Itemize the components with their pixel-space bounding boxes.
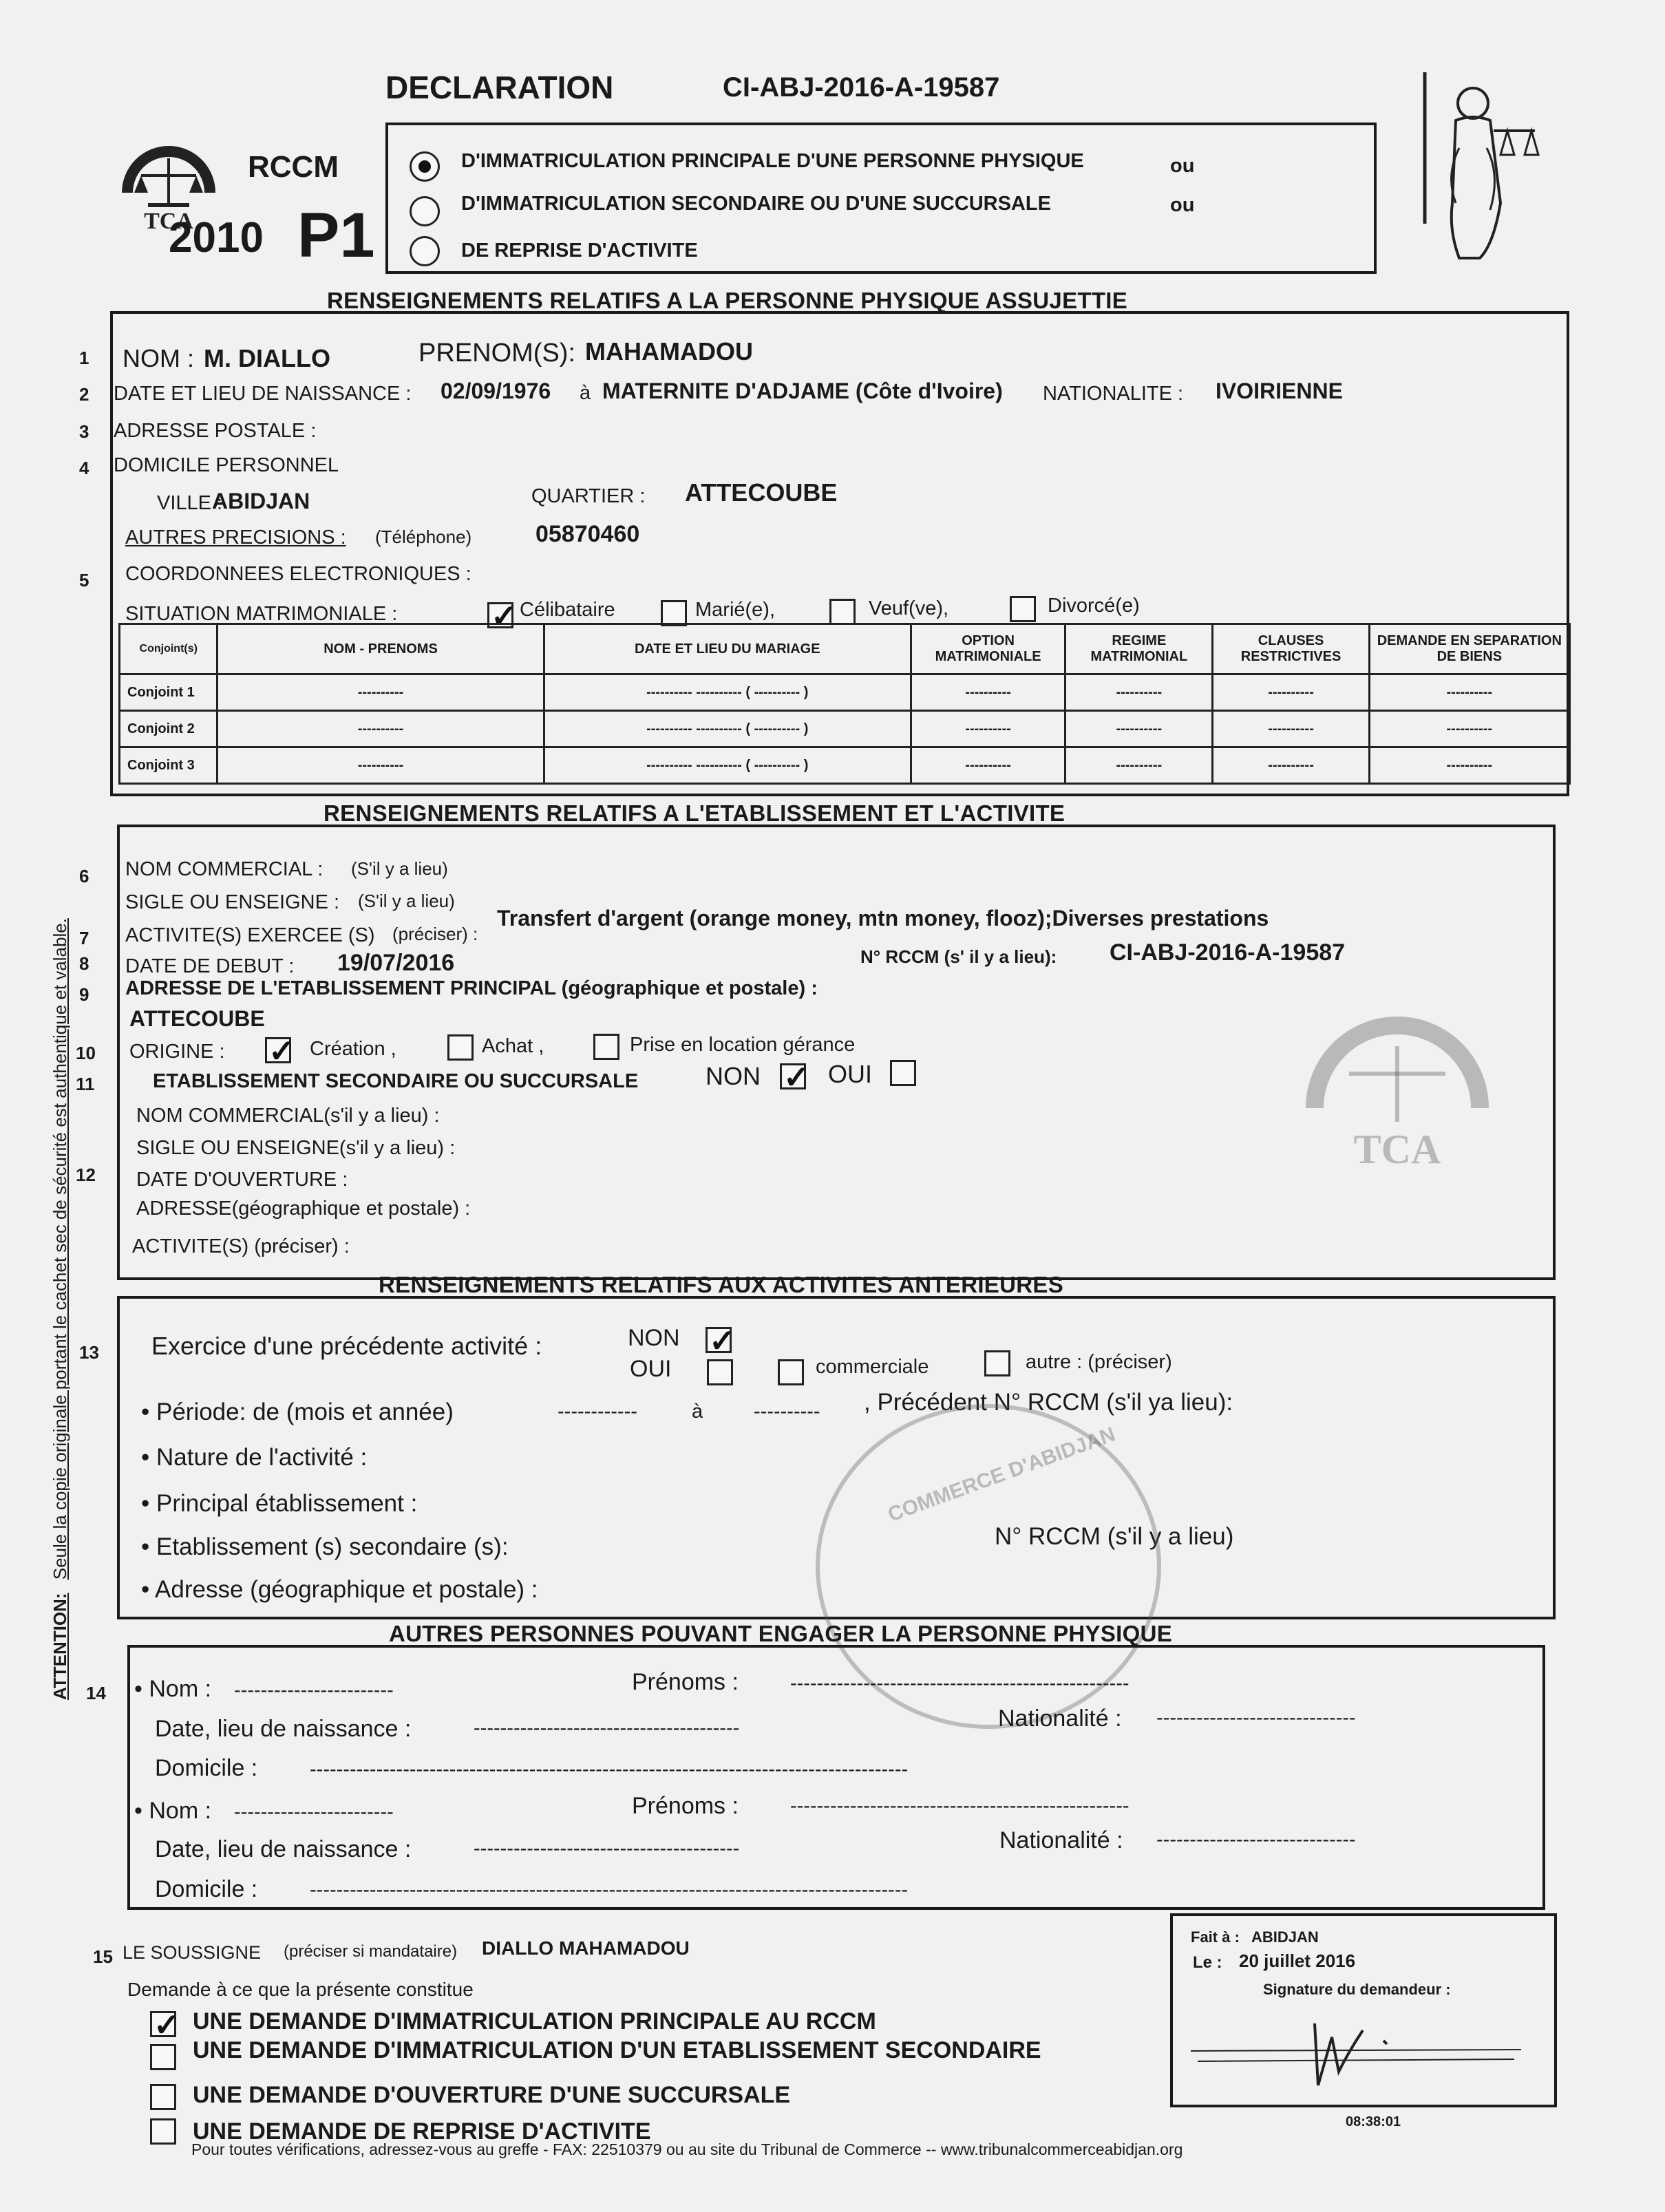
section-personne-physique-title: RENSEIGNEMENTS RELATIFS A LA PERSONNE PH… (327, 288, 1127, 314)
precedente-non-checkbox[interactable] (706, 1327, 732, 1353)
demande-immatriculation-principale-label: UNE DEMANDE D'IMMATRICULATION PRINCIPALE… (193, 2008, 876, 2035)
naissance-a: à (580, 382, 591, 405)
exercice-precedente-label: Exercice d'une précédente activité : (151, 1332, 542, 1361)
justice-statue-icon (1390, 65, 1549, 265)
person1-domicile-value: ----------------------------------------… (310, 1758, 908, 1781)
fait-a-value: ABIDJAN (1251, 1928, 1319, 1946)
activite-hint: (préciser) : (392, 924, 478, 945)
person1-nom-value: ------------------------ (234, 1679, 394, 1702)
timestamp: 08:38:01 (1346, 2114, 1401, 2130)
header-nom-prenoms: NOM - PRENOMS (218, 624, 544, 674)
row-number: 15 (93, 1946, 113, 1968)
situation-divorce-checkbox[interactable] (1010, 596, 1036, 622)
row-number: 12 (76, 1165, 96, 1186)
conjoint-regime: ---------- (1065, 747, 1213, 784)
option-immatriculation-principale-label: D'IMMATRICULATION PRINCIPALE D'UNE PERSO… (461, 150, 1084, 173)
row-number: 6 (79, 866, 89, 887)
section-etablissement-title: RENSEIGNEMENTS RELATIFS A L'ETABLISSEMEN… (324, 800, 1065, 827)
table-row: Conjoint 2 ---------- ---------- -------… (120, 711, 1570, 747)
conjoint-nom: ---------- (218, 747, 544, 784)
telephone-label: (Téléphone) (375, 527, 471, 548)
conjoint-regime: ---------- (1065, 711, 1213, 747)
demande-immatriculation-secondaire-label: UNE DEMANDE D'IMMATRICULATION D'UN ETABL… (193, 2037, 1041, 2064)
secondaire-oui-checkbox[interactable] (890, 1060, 916, 1086)
ville-value: ABIDJAN (212, 489, 310, 514)
rccm-label: N° RCCM (s' il y a lieu): (860, 946, 1057, 968)
conjoint-option: ---------- (911, 711, 1065, 747)
situation-celibataire-label: Célibataire (520, 599, 615, 621)
sec-date-ouverture-label: DATE D'OUVERTURE : (136, 1169, 348, 1191)
form-year: 2010 (169, 213, 264, 262)
header-clauses-restrictives: CLAUSES RESTRICTIVES (1213, 624, 1369, 674)
commerciale-label: commerciale (816, 1356, 929, 1379)
person2-naissance-value: ---------------------------------------- (474, 1838, 739, 1860)
adresse-postale-label: ADRESSE POSTALE : (114, 420, 316, 443)
person1-nationalite-label: Nationalité : (998, 1705, 1122, 1732)
stamp-inner-text: COMMERCE D'ABIDJAN (885, 1423, 1118, 1527)
fait-a-label: Fait à : (1191, 1928, 1240, 1946)
soussigne-value: DIALLO MAHAMADOU (482, 1937, 690, 1959)
precedente-non-label: NON (628, 1325, 680, 1352)
svg-text:TCA: TCA (1354, 1127, 1441, 1172)
sec-activite-label: ACTIVITE(S) (préciser) : (132, 1235, 350, 1258)
activite-value: Transfert d'argent (orange money, mtn mo… (497, 906, 1269, 931)
origine-location-gerance-checkbox[interactable] (593, 1034, 619, 1060)
option-immatriculation-principale-radio[interactable] (410, 151, 440, 182)
situation-veuf-label: Veuf(ve), (869, 597, 948, 620)
etablissement-secondaire-label: • Etablissement (s) secondaire (s): (141, 1533, 509, 1561)
conjoint-date: ---------- ---------- ( ---------- ) (544, 711, 911, 747)
nom-commercial-label: NOM COMMERCIAL : (125, 858, 323, 881)
nature-activite-label: • Nature de l'activité : (141, 1444, 367, 1471)
demande-immatriculation-secondaire-checkbox[interactable] (150, 2044, 176, 2070)
le-date-value: 20 juillet 2016 (1239, 1950, 1355, 1972)
section-autres-personnes-title: AUTRES PERSONNES POUVANT ENGAGER LA PERS… (389, 1621, 1172, 1647)
person2-domicile-label: Domicile : (155, 1876, 257, 1903)
coordonnees-label: COORDONNEES ELECTRONIQUES : (125, 563, 471, 586)
row-number: 8 (79, 953, 89, 975)
row-number: 2 (79, 384, 89, 405)
form-id: P1 (297, 200, 375, 272)
situation-marie-label: Marié(e), (695, 599, 775, 621)
nationalite-label: NATIONALITE : (1043, 383, 1183, 405)
domicile-label: DOMICILE PERSONNEL (114, 454, 339, 477)
rccm-value: CI-ABJ-2016-A-19587 (1110, 939, 1345, 966)
option-immatriculation-secondaire-label: D'IMMATRICULATION SECONDAIRE OU D'UNE SU… (461, 193, 1051, 215)
precedente-oui-label: OUI (630, 1356, 671, 1383)
person1-nom-label: • Nom : (134, 1676, 211, 1703)
footer-verification-text: Pour toutes vérifications, adressez-vous… (191, 2140, 1183, 2159)
signature-scribble-icon (1184, 2010, 1528, 2092)
origine-creation-label: Création , (310, 1038, 396, 1061)
person2-prenoms-value: ----------------------------------------… (790, 1795, 1130, 1818)
precedente-oui-checkbox[interactable] (707, 1359, 733, 1385)
sec-adresse-label: ADRESSE(géographique et postale) : (136, 1198, 470, 1220)
form-code: RCCM (248, 150, 339, 184)
naissance-lieu: MATERNITE D'ADJAME (Côte d'Ivoire) (602, 379, 1003, 404)
row-number: 13 (79, 1342, 99, 1363)
sigle-hint: (S'il y a lieu) (358, 891, 455, 912)
conjoint-separation: ---------- (1369, 674, 1569, 711)
conjoint-label: Conjoint 3 (120, 747, 218, 784)
declaration-title: DECLARATION (385, 69, 613, 106)
precedent-rccm-label: , Précédent N° RCCM (s'il ya lieu): (864, 1389, 1233, 1416)
person1-prenoms-value: ----------------------------------------… (790, 1672, 1130, 1695)
conjoint-separation: ---------- (1369, 747, 1569, 784)
origine-label: ORIGINE : (129, 1041, 225, 1063)
person1-domicile-label: Domicile : (155, 1755, 257, 1782)
row-number: 10 (76, 1043, 96, 1064)
adresse-etablissement-value: ATTECOUBE (129, 1006, 265, 1032)
origine-creation-checkbox[interactable] (265, 1037, 291, 1063)
situation-veuf-checkbox[interactable] (829, 599, 856, 625)
person2-nationalite-value: ------------------------------ (1156, 1829, 1356, 1851)
row-number: 4 (79, 458, 89, 479)
conjoint-option: ---------- (911, 674, 1065, 711)
header-separation-biens: DEMANDE EN SEPARATION DE BIENS (1369, 624, 1569, 674)
row-number: 7 (79, 928, 89, 949)
person2-nom-label: • Nom : (134, 1798, 211, 1825)
demande-reprise-activite-checkbox[interactable] (150, 2118, 176, 2145)
telephone-value: 05870460 (535, 521, 639, 548)
table-row: Conjoint 1 ---------- ---------- -------… (120, 674, 1570, 711)
person2-prenoms-label: Prénoms : (632, 1793, 739, 1820)
person1-prenoms-label: Prénoms : (632, 1669, 739, 1696)
sec-sigle-label: SIGLE OU ENSEIGNE(s'il y a lieu) : (136, 1137, 455, 1160)
row-number: 9 (79, 984, 89, 1006)
le-label: Le : (1193, 1953, 1222, 1972)
conjoint-label: Conjoint 2 (120, 711, 218, 747)
naissance-label: DATE ET LIEU DE NAISSANCE : (114, 383, 411, 405)
date-debut-value: 19/07/2016 (337, 950, 454, 977)
demande-immatriculation-principale-checkbox[interactable] (150, 2011, 176, 2037)
periode-a: à (692, 1401, 703, 1423)
person2-domicile-value: ----------------------------------------… (310, 1879, 908, 1902)
declaration-reference: CI-ABJ-2016-A-19587 (723, 72, 999, 103)
option-suffix: ou (1170, 194, 1194, 217)
row-number: 14 (86, 1683, 106, 1704)
situation-divorce-label: Divorcé(e) (1048, 595, 1140, 617)
row-number: 5 (79, 570, 89, 591)
demande-ouverture-succursale-checkbox[interactable] (150, 2084, 176, 2110)
nom-value: M. DIALLO (204, 344, 330, 373)
conjoint-clauses: ---------- (1213, 747, 1369, 784)
sec-nom-commercial-label: NOM COMMERCIAL(s'il y a lieu) : (136, 1105, 440, 1127)
header-conjoints: Conjoint(s) (120, 624, 218, 674)
periode-fin-value: ---------- (754, 1401, 820, 1423)
date-debut-label: DATE DE DEBUT : (125, 955, 294, 978)
row-number: 1 (79, 348, 89, 369)
conjoint-label: Conjoint 1 (120, 674, 218, 711)
origine-achat-checkbox[interactable] (447, 1034, 474, 1061)
person2-naissance-label: Date, lieu de naissance : (155, 1836, 411, 1863)
soussigne-hint: (préciser si mandataire) (284, 1942, 457, 1961)
etablissement-secondaire-label: ETABLISSEMENT SECONDAIRE OU SUCCURSALE (153, 1070, 638, 1093)
conjoint-nom: ---------- (218, 674, 544, 711)
person2-nom-value: ------------------------ (234, 1801, 394, 1824)
principal-etablissement-label: • Principal établissement : (141, 1490, 417, 1518)
prenom-value: MAHAMADOU (585, 337, 753, 366)
demande-label: Demande à ce que la présente constitue (127, 1979, 474, 2001)
person1-naissance-label: Date, lieu de naissance : (155, 1716, 411, 1743)
quartier-label: QUARTIER : (531, 485, 645, 508)
periode-label: • Période: de (mois et année) (141, 1399, 454, 1426)
conjoint-option: ---------- (911, 747, 1065, 784)
row-number: 11 (76, 1074, 95, 1095)
conjoint-nom: ---------- (218, 711, 544, 747)
periode-de-value: ------------ (558, 1401, 637, 1423)
conjoint-date: ---------- ---------- ( ---------- ) (544, 674, 911, 711)
table-row: Conjoint 3 ---------- ---------- -------… (120, 747, 1570, 784)
commerciale-checkbox[interactable] (778, 1359, 804, 1385)
autre-checkbox[interactable] (984, 1350, 1010, 1376)
row-number: 3 (79, 421, 89, 443)
quartier-value: ATTECOUBE (685, 478, 837, 507)
soussigne-label: LE SOUSSIGNE (123, 1942, 261, 1964)
option-immatriculation-secondaire-radio[interactable] (410, 196, 440, 226)
conjoint-clauses: ---------- (1213, 711, 1369, 747)
naissance-date: 02/09/1976 (441, 379, 551, 404)
autres-precisions-label: AUTRES PRECISIONS : (125, 527, 346, 549)
demande-ouverture-succursale-label: UNE DEMANDE D'OUVERTURE D'UNE SUCCURSALE (193, 2082, 790, 2109)
authenticity-side-note: ATTENTION: Seule la copie originale port… (50, 764, 71, 1700)
nationalite-value: IVOIRIENNE (1216, 379, 1343, 404)
adresse-anterieure-label: • Adresse (géographique et postale) : (141, 1576, 538, 1604)
secondaire-non-label: NON (706, 1062, 761, 1091)
option-reprise-activite-label: DE REPRISE D'ACTIVITE (461, 240, 698, 262)
option-reprise-activite-radio[interactable] (410, 236, 440, 266)
header-date-lieu-mariage: DATE ET LIEU DU MARIAGE (544, 624, 911, 674)
option-suffix: ou (1170, 155, 1194, 178)
conjoint-date: ---------- ---------- ( ---------- ) (544, 747, 911, 784)
secondaire-non-checkbox[interactable] (780, 1063, 806, 1089)
conjoint-clauses: ---------- (1213, 674, 1369, 711)
prenom-label: PRENOM(S): (418, 339, 575, 368)
nom-commercial-hint: (S'il y a lieu) (351, 858, 448, 880)
side-note-text: Seule la copie originale portant le cach… (50, 918, 70, 1580)
secondaire-oui-label: OUI (828, 1060, 872, 1089)
conjoint-regime: ---------- (1065, 674, 1213, 711)
section-activites-anterieures-title: RENSEIGNEMENTS RELATIFS AUX ACTIVITES AN… (379, 1272, 1063, 1298)
header-option-matrimoniale: OPTION MATRIMONIALE (911, 624, 1065, 674)
person1-naissance-value: ---------------------------------------- (474, 1717, 739, 1740)
sigle-label: SIGLE OU ENSEIGNE : (125, 891, 339, 914)
adresse-etablissement-label: ADRESSE DE L'ETABLISSEMENT PRINCIPAL (gé… (125, 977, 818, 1000)
conjoints-table: Conjoint(s) NOM - PRENOMS DATE ET LIEU D… (118, 623, 1571, 785)
person2-nationalite-label: Nationalité : (999, 1827, 1123, 1854)
conjoint-separation: ---------- (1369, 711, 1569, 747)
origine-achat-label: Achat , (482, 1035, 544, 1058)
activite-label: ACTIVITE(S) EXERCEE (S) (125, 924, 375, 947)
origine-location-gerance-label: Prise en location gérance (630, 1034, 855, 1056)
nom-label: NOM : (123, 344, 194, 373)
person1-nationalite-value: ------------------------------ (1156, 1707, 1356, 1730)
tca-seal-icon: TCA (1294, 998, 1500, 1177)
side-note-prefix: ATTENTION: (50, 1593, 70, 1701)
signature-label: Signature du demandeur : (1263, 1981, 1451, 1999)
autre-label: autre : (préciser) (1026, 1351, 1172, 1374)
header-regime-matrimonial: REGIME MATRIMONIAL (1065, 624, 1213, 674)
